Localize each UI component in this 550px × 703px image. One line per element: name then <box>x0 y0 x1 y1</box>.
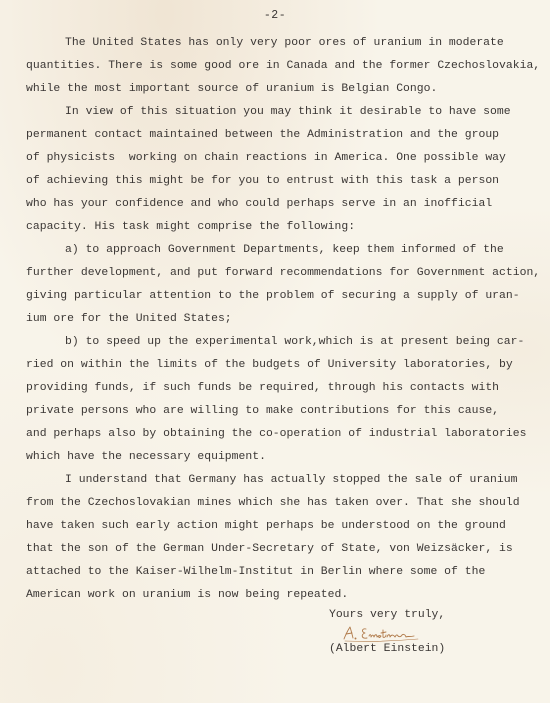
text-line: while the most important source of urani… <box>26 82 437 96</box>
text-line: of physicists working on chain reactions… <box>26 151 506 165</box>
text-line: capacity. His task might comprise the fo… <box>26 220 355 234</box>
text-line: In view of this situation you may think … <box>65 105 511 119</box>
text-line: from the Czechoslovakian mines which she… <box>26 496 520 510</box>
text-line: that the son of the German Under-Secreta… <box>26 542 513 556</box>
signer-name: (Albert Einstein) <box>329 643 445 655</box>
text-line: b) to speed up the experimental work,whi… <box>65 335 524 349</box>
text-line: attached to the Kaiser-Wilhelm-Institut … <box>26 565 485 579</box>
text-line: I understand that Germany has actually s… <box>65 473 517 487</box>
text-line: The United States has only very poor ore… <box>65 36 504 50</box>
handwritten-signature <box>340 622 440 644</box>
text-line: further development, and put forward rec… <box>26 266 540 280</box>
text-line: and perhaps also by obtaining the co-ope… <box>26 427 526 441</box>
text-line: ium ore for the United States; <box>26 312 232 326</box>
text-line: giving particular attention to the probl… <box>26 289 520 303</box>
closing-salutation: Yours very truly, <box>329 609 445 621</box>
text-line: of achieving this might be for you to en… <box>26 174 499 188</box>
text-line: which have the necessary equipment. <box>26 450 266 464</box>
text-line: quantities. There is some good ore in Ca… <box>26 59 540 73</box>
text-line: permanent contact maintained between the… <box>26 128 499 142</box>
text-line: have taken such early action might perha… <box>26 519 506 533</box>
page-number: -2- <box>0 9 550 22</box>
letter-page: -2- The United States has only very poor… <box>0 0 550 703</box>
text-line: private persons who are willing to make … <box>26 404 499 418</box>
text-line: ried on within the limits of the budgets… <box>26 358 513 372</box>
text-line: who has your confidence and who could pe… <box>26 197 492 211</box>
text-line: a) to approach Government Departments, k… <box>65 243 504 257</box>
text-line: providing funds, if such funds be requir… <box>26 381 499 395</box>
text-line: American work on uranium is now being re… <box>26 588 348 602</box>
